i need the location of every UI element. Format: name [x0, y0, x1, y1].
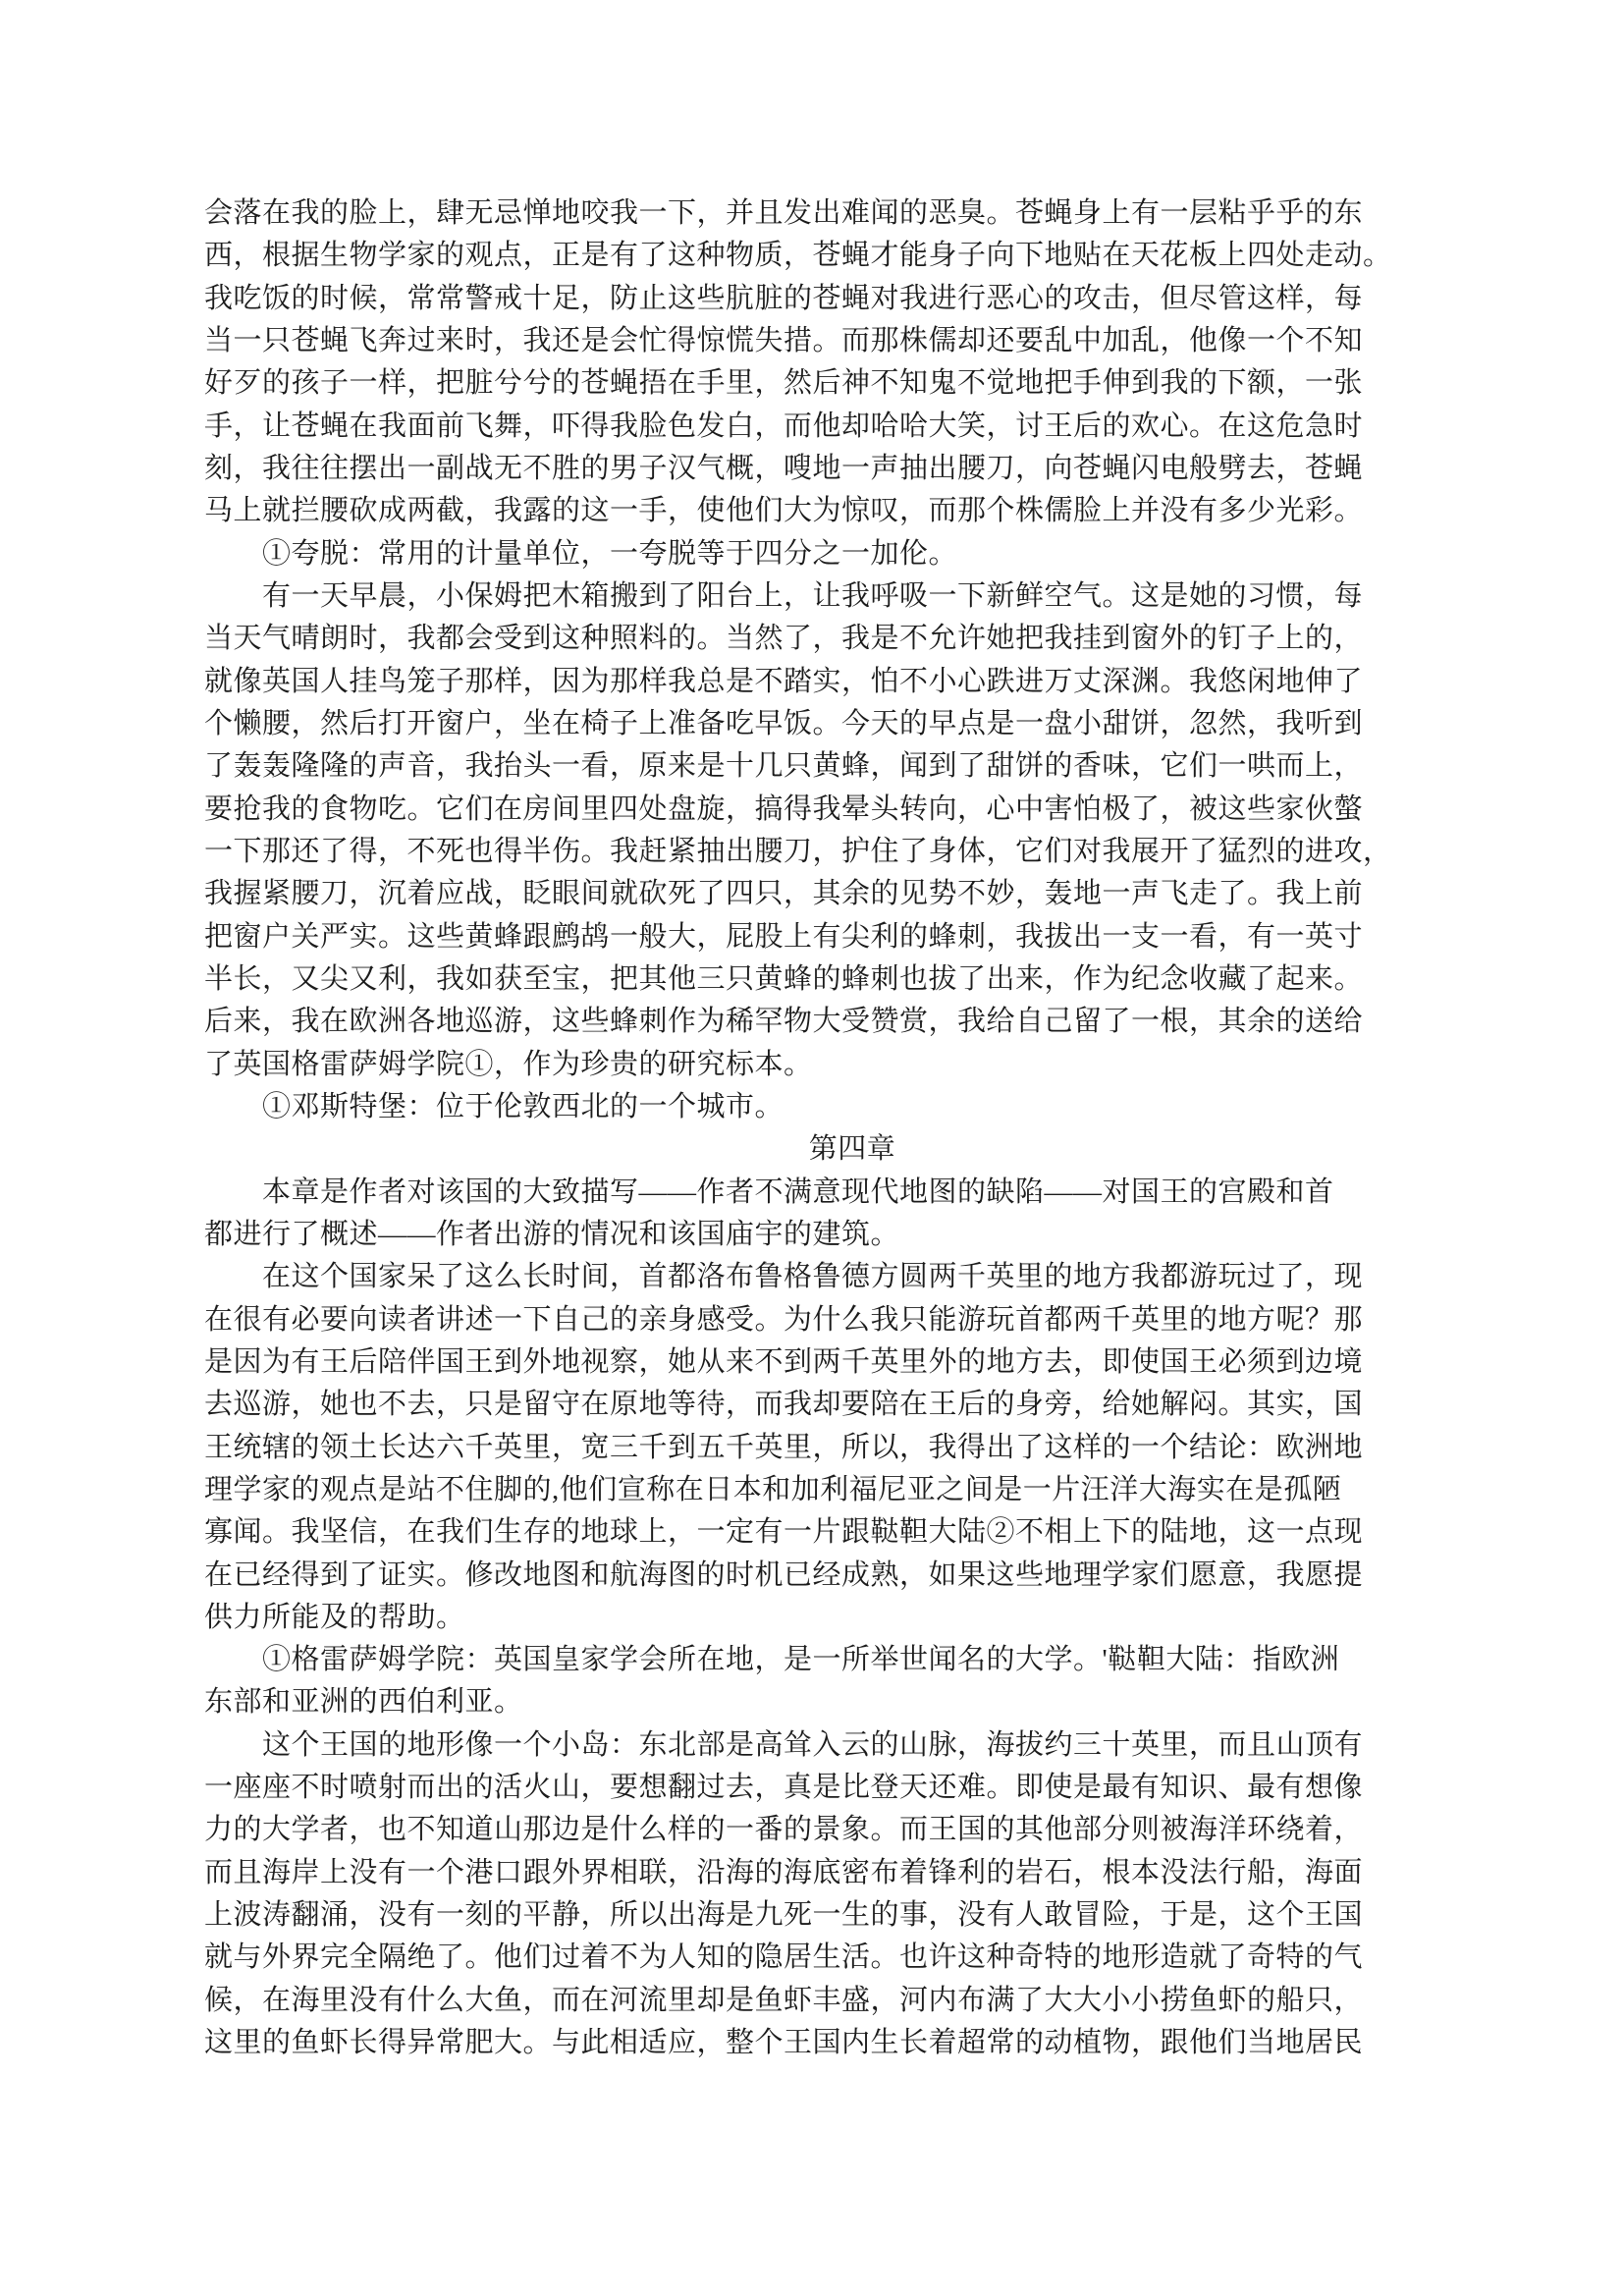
text-line: 一座座不时喷射而出的活火山，要想翻过去，真是比登天还难。即使是最有知识、最有想像: [204, 1767, 1398, 1809]
text-line: 供力所能及的帮助。: [204, 1597, 1398, 1639]
text-line: 当一只苍蝇飞奔过来时，我还是会忙得惊慌失措。而那株儒却还要乱中加乱，他像一个不知: [204, 320, 1398, 362]
text-line: 而且海岸上没有一个港口跟外界相联，沿海的海底密布着锋利的岩石，根本没法行船，海面: [204, 1852, 1398, 1894]
text-line: 西，根据生物学家的观点，正是有了这种物质，苍蝇才能身子向下地贴在天花板上四处走动…: [204, 235, 1398, 277]
text-line: ①夸脱：常用的计量单位，一夸脱等于四分之一加伦。: [204, 533, 1398, 575]
chapter-heading: 第四章: [255, 1128, 1449, 1171]
text-line: 了英国格雷萨姆学院①，作为珍贵的研究标本。: [204, 1044, 1398, 1086]
text-line: 理学家的观点是站不住脚的,他们宣称在日本和加利福尼亚之间是一片汪洋大海实在是孤陋: [204, 1469, 1398, 1511]
text-line: 力的大学者，也不知道山那边是什么样的一番的景象。而王国的其他部分则被海洋环绕着，: [204, 1809, 1398, 1851]
text-line: 东部和亚洲的西伯利亚。: [204, 1681, 1398, 1723]
text-line: 当天气晴朗时，我都会受到这种照料的。当然了，我是不允许她把我挂到窗外的钉子上的，: [204, 618, 1398, 660]
text-line: 有一天早晨，小保姆把木箱搬到了阳台上，让我呼吸一下新鲜空气。这是她的习惯，每: [204, 575, 1398, 618]
text-line: 我吃饭的时候，常常警戒十足，防止这些肮脏的苍蝇对我进行恶心的攻击，但尽管这样，每: [204, 278, 1398, 320]
text-line: 是因为有王后陪伴国王到外地视察，她从来不到两千英里外的地方去，即使国王必须到边境: [204, 1341, 1398, 1384]
text-line: 本章是作者对该国的大致描写——作者不满意现代地图的缺陷——对国王的宫殿和首: [204, 1172, 1398, 1214]
text-line: 好歹的孩子一样，把脏兮兮的苍蝇捂在手里，然后神不知鬼不觉地把手伸到我的下额，一张: [204, 362, 1398, 405]
text-line: 一下那还了得，不死也得半伤。我赶紧抽出腰刀，护住了身体，它们对我展开了猛烈的进攻…: [204, 831, 1398, 873]
text-line: 我握紧腰刀，沉着应战，眨眼间就砍死了四只，其余的见势不妙，轰地一声飞走了。我上前: [204, 873, 1398, 915]
text-line: 这里的鱼虾长得异常肥大。与此相适应，整个王国内生长着超常的动植物，跟他们当地居民: [204, 2022, 1398, 2064]
text-line: 王统辖的领土长达六千英里，宽三千到五千英里，所以，我得出了这样的一个结论：欧洲地: [204, 1427, 1398, 1469]
text-line: 半长，又尖又利，我如获至宝，把其他三只黄蜂的蜂刺也拔了出来，作为纪念收藏了起来。: [204, 958, 1398, 1001]
text-line: 都进行了概述——作者出游的情况和该国庙宇的建筑。: [204, 1214, 1398, 1256]
text-line: 就与外界完全隔绝了。他们过着不为人知的隐居生活。也许这种奇特的地形造就了奇特的气: [204, 1937, 1398, 1979]
text-line: 手，让苍蝇在我面前飞舞，吓得我脸色发白，而他却哈哈大笑，讨王后的欢心。在这危急时: [204, 406, 1398, 448]
text-line: 后来，我在欧洲各地巡游，这些蜂刺作为稀罕物大受赞赏，我给自己留了一根，其余的送给: [204, 1001, 1398, 1043]
text-line: 上波涛翻涌，没有一刻的平静，所以出海是九死一生的事，没有人敢冒险，于是，这个王国: [204, 1894, 1398, 1937]
text-line: 这个王国的地形像一个小岛：东北部是高耸入云的山脉，海拔约三十英里，而且山顶有: [204, 1724, 1398, 1767]
text-line: 寡闻。我坚信，在我们生存的地球上，一定有一片跟鞑靼大陆②不相上下的陆地，这一点现: [204, 1511, 1398, 1554]
document-page: 会落在我的脸上，肆无忌惮地咬我一下，并且发出难闻的恶臭。苍蝇身上有一层粘乎乎的东…: [0, 0, 1623, 2296]
text-line: 马上就拦腰砍成两截，我露的这一手，使他们大为惊叹，而那个株儒脸上并没有多少光彩。: [204, 490, 1398, 532]
text-line: 刻，我往往摆出一副战无不胜的男子汉气概，嗖地一声抽出腰刀，向苍蝇闪电般劈去，苍蝇: [204, 448, 1398, 490]
text-line: ①格雷萨姆学院：英国皇家学会所在地，是一所举世闻名的大学。'鞑靼大陆：指欧洲: [204, 1639, 1398, 1681]
text-line: 个懒腰，然后打开窗户，坐在椅子上准备吃早饭。今天的早点是一盘小甜饼，忽然，我听到: [204, 703, 1398, 745]
text-line: 就像英国人挂鸟笼子那样，因为那样我总是不踏实，怕不小心跌进万丈深渊。我悠闲地伸了: [204, 661, 1398, 703]
text-line: 在已经得到了证实。修改地图和航海图的时机已经成熟，如果这些地理学家们愿意，我愿提: [204, 1555, 1398, 1597]
text-line: 把窗户关严实。这些黄蜂跟鹧鸪一般大，屁股上有尖利的蜂刺，我拔出一支一看，有一英寸: [204, 916, 1398, 958]
text-line: ①邓斯特堡：位于伦敦西北的一个城市。: [204, 1086, 1398, 1128]
text-line: 会落在我的脸上，肆无忌惮地咬我一下，并且发出难闻的恶臭。苍蝇身上有一层粘乎乎的东: [204, 192, 1398, 235]
text-block: 会落在我的脸上，肆无忌惮地咬我一下，并且发出难闻的恶臭。苍蝇身上有一层粘乎乎的东…: [204, 192, 1398, 2064]
text-line: 要抢我的食物吃。它们在房间里四处盘旋，搞得我晕头转向，心中害怕极了，被这些家伙螫: [204, 789, 1398, 831]
text-line: 在很有必要向读者讲述一下自己的亲身感受。为什么我只能游玩首都两千英里的地方呢？那: [204, 1299, 1398, 1341]
text-line: 在这个国家呆了这么长时间，首都洛布鲁格鲁德方圆两千英里的地方我都游玩过了，现: [204, 1256, 1398, 1298]
text-line: 去巡游，她也不去，只是留守在原地等待，而我却要陪在王后的身旁，给她解闷。其实，国: [204, 1384, 1398, 1426]
text-line: 候，在海里没有什么大鱼，而在河流里却是鱼虾丰盛，河内布满了大大小小捞鱼虾的船只，: [204, 1980, 1398, 2022]
text-line: 了轰轰隆隆的声音，我抬头一看，原来是十几只黄蜂，闻到了甜饼的香味，它们一哄而上，: [204, 745, 1398, 788]
